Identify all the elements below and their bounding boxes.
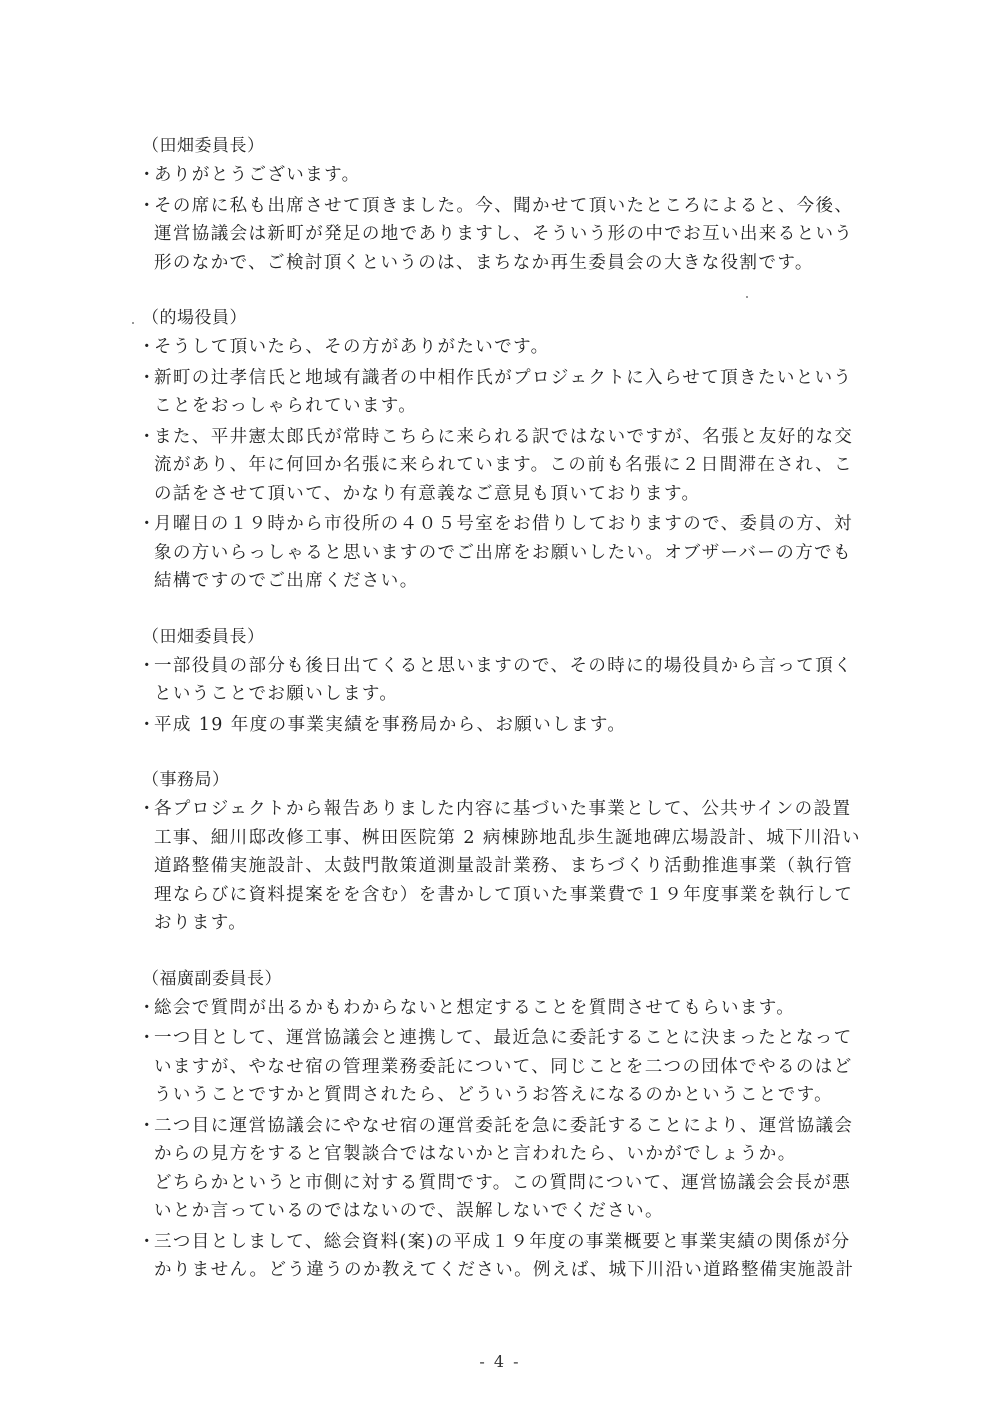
section-secretariat: （事務局） ・ 各プロジェクトから報告ありました内容に基づいた事業として、公共サ… (138, 766, 868, 938)
speaker-label: （福廣副委員長） (138, 965, 868, 993)
document-page: （田畑委員長） ・ ありがとうございます。 ・ その席に私も出席させて頂きました… (138, 132, 868, 1312)
text-line: 三つ目としまして、総会資料(案)の平成１９年度の事業概要と事業実績の関係が分 (154, 1228, 868, 1257)
text-line: そうして頂いたら、その方がありがたいです。 (154, 333, 868, 362)
text-line: ことをおっしゃられています。 (154, 392, 868, 421)
text-line: 月曜日の１９時から市役所の４０５号室をお借りしておりますので、委員の方、対 (154, 510, 868, 539)
bullet-icon: ・ (138, 161, 152, 190)
text-line: その席に私も出席させて頂きました。今、聞かせて頂いたところによると、今後、 (154, 192, 868, 221)
bullet-icon: ・ (138, 364, 152, 393)
speaker-label: （田畑委員長） (138, 132, 868, 160)
bullet-icon: ・ (138, 1024, 152, 1053)
text-line: 総会で質問が出るかもわからないと想定することを質問させてもらいます。 (154, 994, 868, 1023)
speaker-label: （事務局） (138, 766, 868, 794)
text-line: からの見方をすると官製談合ではないかと言われたら、いかがでしょうか。 (154, 1140, 868, 1169)
section-matoba: （的場役員） ・ そうして頂いたら、その方がありがたいです。 ・ 新町の辻孝信氏… (138, 304, 868, 596)
text-line: 運営協議会は新町が発足の地でありますし、そういう形の中でお互い出来るという (154, 220, 868, 249)
bullet-icon: ・ (138, 795, 152, 824)
bullet-icon: ・ (138, 994, 152, 1023)
bullet-icon: ・ (138, 192, 152, 221)
list-item: ・ 三つ目としまして、総会資料(案)の平成１９年度の事業概要と事業実績の関係が分… (138, 1228, 868, 1285)
text-line: の話をさせて頂いて、かなり有意義なご意見も頂いております。 (154, 480, 868, 509)
text-line: かりません。どう違うのか教えてください。例えば、城下川沿い道路整備実施設計 (154, 1256, 868, 1285)
list-item: ・ 一部役員の部分も後日出てくると思いますので、その時に的場役員から言って頂く … (138, 652, 868, 709)
text-line: 平成 19 年度の事業実績を事務局から、お願いします。 (154, 711, 868, 740)
list-item: ・ その席に私も出席させて頂きました。今、聞かせて頂いたところによると、今後、 … (138, 192, 868, 278)
list-item: ・ 平成 19 年度の事業実績を事務局から、お願いします。 (138, 711, 868, 740)
text-line: ありがとうございます。 (154, 161, 868, 190)
list-item: ・ 総会で質問が出るかもわからないと想定することを質問させてもらいます。 (138, 994, 868, 1023)
bullet-icon: ・ (138, 1112, 152, 1141)
text-line: 一部役員の部分も後日出てくると思いますので、その時に的場役員から言って頂く (154, 652, 868, 681)
section-fukuhiro: （福廣副委員長） ・ 総会で質問が出るかもわからないと想定することを質問させても… (138, 965, 868, 1285)
text-line: どちらかというと市側に対する質問です。この質問について、運営協議会会長が悪 (154, 1169, 868, 1198)
list-item: ・ また、平井憲太郎氏が常時こちらに来られる訳ではないですが、名張と友好的な交 … (138, 423, 868, 509)
scan-speck (746, 296, 748, 298)
text-line: いとか言っているのではないので、誤解しないでください。 (154, 1197, 868, 1226)
section-tabata-1: （田畑委員長） ・ ありがとうございます。 ・ その席に私も出席させて頂きました… (138, 132, 868, 277)
text-line: 象の方いらっしゃると思いますのでご出席をお願いしたい。オブザーバーの方でも (154, 539, 868, 568)
speaker-label: （田畑委員長） (138, 623, 868, 651)
list-item: ・ 二つ目に運営協議会にやなせ宿の運営委託を急に委託することにより、運営協議会 … (138, 1112, 868, 1226)
bullet-icon: ・ (138, 510, 152, 539)
bullet-icon: ・ (138, 1228, 152, 1257)
bullet-icon: ・ (138, 652, 152, 681)
text-line: 工事、細川邸改修工事、桝田医院第 2 病棟跡地乱歩生誕地碑広場設計、城下川沿い (154, 824, 868, 853)
list-item: ・ 一つ目として、運営協議会と連携して、最近急に委託することに決まったとなって … (138, 1024, 868, 1110)
text-line: 流があり、年に何回か名張に来られています。この前も名張に２日間滞在され、こ (154, 451, 868, 480)
scan-speck (132, 322, 134, 324)
text-line: また、平井憲太郎氏が常時こちらに来られる訳ではないですが、名張と友好的な交 (154, 423, 868, 452)
text-line: 結構ですのでご出席ください。 (154, 567, 868, 596)
text-line: 一つ目として、運営協議会と連携して、最近急に委託することに決まったとなって (154, 1024, 868, 1053)
text-line: 二つ目に運営協議会にやなせ宿の運営委託を急に委託することにより、運営協議会 (154, 1112, 868, 1141)
text-line: 理ならびに資料提案をを含む）を書かして頂いた事業費で１９年度事業を執行して (154, 881, 868, 910)
list-item: ・ 各プロジェクトから報告ありました内容に基づいた事業として、公共サインの設置 … (138, 795, 868, 938)
list-item: ・ ありがとうございます。 (138, 161, 868, 190)
text-line: 形のなかで、ご検討頂くというのは、まちなか再生委員会の大きな役割です。 (154, 249, 868, 278)
section-tabata-2: （田畑委員長） ・ 一部役員の部分も後日出てくると思いますので、その時に的場役員… (138, 623, 868, 740)
list-item: ・ 月曜日の１９時から市役所の４０５号室をお借りしておりますので、委員の方、対 … (138, 510, 868, 596)
text-line: ういうことですかと質問されたら、どういうお答えになるのかということです。 (154, 1081, 868, 1110)
text-line: おります。 (154, 909, 868, 938)
list-item: ・ 新町の辻孝信氏と地域有識者の中相作氏がプロジェクトに入らせて頂きたいという … (138, 364, 868, 421)
text-line: いますが、やなせ宿の管理業務委託について、同じことを二つの団体でやるのはど (154, 1053, 868, 1082)
text-line: 道路整備実施設計、太鼓門散策道測量設計業務、まちづくり活動推進事業（執行管 (154, 852, 868, 881)
bullet-icon: ・ (138, 711, 152, 740)
speaker-label: （的場役員） (138, 304, 868, 332)
text-line: 各プロジェクトから報告ありました内容に基づいた事業として、公共サインの設置 (154, 795, 868, 824)
list-item: ・ そうして頂いたら、その方がありがたいです。 (138, 333, 868, 362)
bullet-icon: ・ (138, 423, 152, 452)
bullet-icon: ・ (138, 333, 152, 362)
text-line: ということでお願いします。 (154, 680, 868, 709)
text-line: 新町の辻孝信氏と地域有識者の中相作氏がプロジェクトに入らせて頂きたいという (154, 364, 868, 393)
page-number: - 4 - (0, 1352, 1000, 1371)
